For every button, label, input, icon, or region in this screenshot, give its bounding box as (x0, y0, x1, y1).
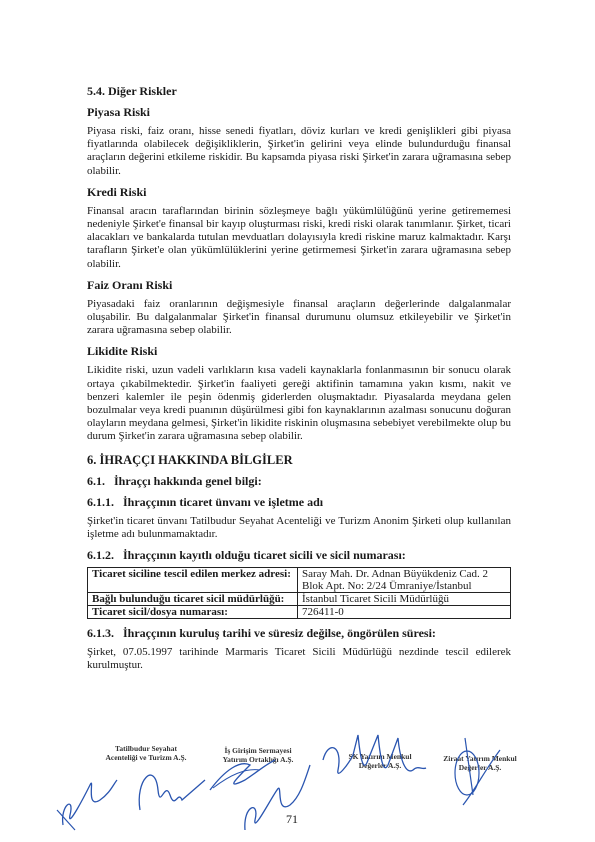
signature-icon (318, 730, 428, 785)
table-row: Bağlı bulunduğu ticaret sicil müdürlüğü:… (88, 593, 511, 606)
signature-icon (445, 735, 505, 810)
section-6-title: 6. İHRAÇÇI HAKKINDA BİLGİLER (87, 453, 511, 467)
table-label: Ticaret sicil/dosya numarası: (88, 606, 298, 619)
table-label: Bağlı bulunduğu ticaret sicil müdürlüğü: (88, 593, 298, 606)
heading-piyasa-riski: Piyasa Riski (87, 105, 511, 119)
section-6-1-2-heading: 6.1.2. İhraççının kayıtlı olduğu ticaret… (87, 548, 511, 562)
heading-kredi-riski: Kredi Riski (87, 185, 511, 199)
paragraph-faiz-orani-riski: Piyasadaki faiz oranlarının değişmesiyle… (87, 298, 511, 338)
table-row: Ticaret siciline tescil edilen merkez ad… (88, 568, 511, 593)
signature-icon (235, 755, 315, 835)
signature-icon (55, 755, 125, 835)
registry-table: Ticaret siciline tescil edilen merkez ad… (87, 567, 511, 619)
table-value: Saray Mah. Dr. Adnan Büyükdeniz Cad. 2 B… (298, 568, 511, 593)
section-6-1-3-heading: 6.1.3. İhraççının kuruluş tarihi ve süre… (87, 626, 511, 640)
section-6-1-1-heading: 6.1.1. İhraççının ticaret ünvanı ve işle… (87, 495, 511, 509)
signature-icon (130, 750, 210, 825)
section-5-4-title: 5.4. Diğer Riskler (87, 84, 511, 98)
table-label: Ticaret siciline tescil edilen merkez ad… (88, 568, 298, 593)
document-page: 5.4. Diğer Riskler Piyasa Riski Piyasa r… (87, 84, 511, 672)
page-number: 71 (286, 812, 298, 827)
heading-likidite-riski: Likidite Riski (87, 344, 511, 358)
signature-footer: Tatilbudur Seyahat Acenteliği ve Turizm … (0, 730, 595, 842)
paragraph-6-1-3: Şirket, 07.05.1997 tarihinde Marmaris Ti… (87, 646, 511, 672)
table-row: Ticaret sicil/dosya numarası: 726411-0 (88, 606, 511, 619)
heading-faiz-orani-riski: Faiz Oranı Riski (87, 278, 511, 292)
table-value: İstanbul Ticaret Sicili Müdürlüğü (298, 593, 511, 606)
section-6-1-heading: 6.1. İhraççı hakkında genel bilgi: (87, 474, 511, 488)
paragraph-kredi-riski: Finansal aracın taraflarından birinin sö… (87, 205, 511, 271)
table-value: 726411-0 (298, 606, 511, 619)
paragraph-likidite-riski: Likidite riski, uzun vadeli varlıkların … (87, 364, 511, 443)
paragraph-6-1-1: Şirket'in ticaret ünvanı Tatilbudur Seya… (87, 515, 511, 541)
paragraph-piyasa-riski: Piyasa riski, faiz oranı, hisse senedi f… (87, 125, 511, 178)
